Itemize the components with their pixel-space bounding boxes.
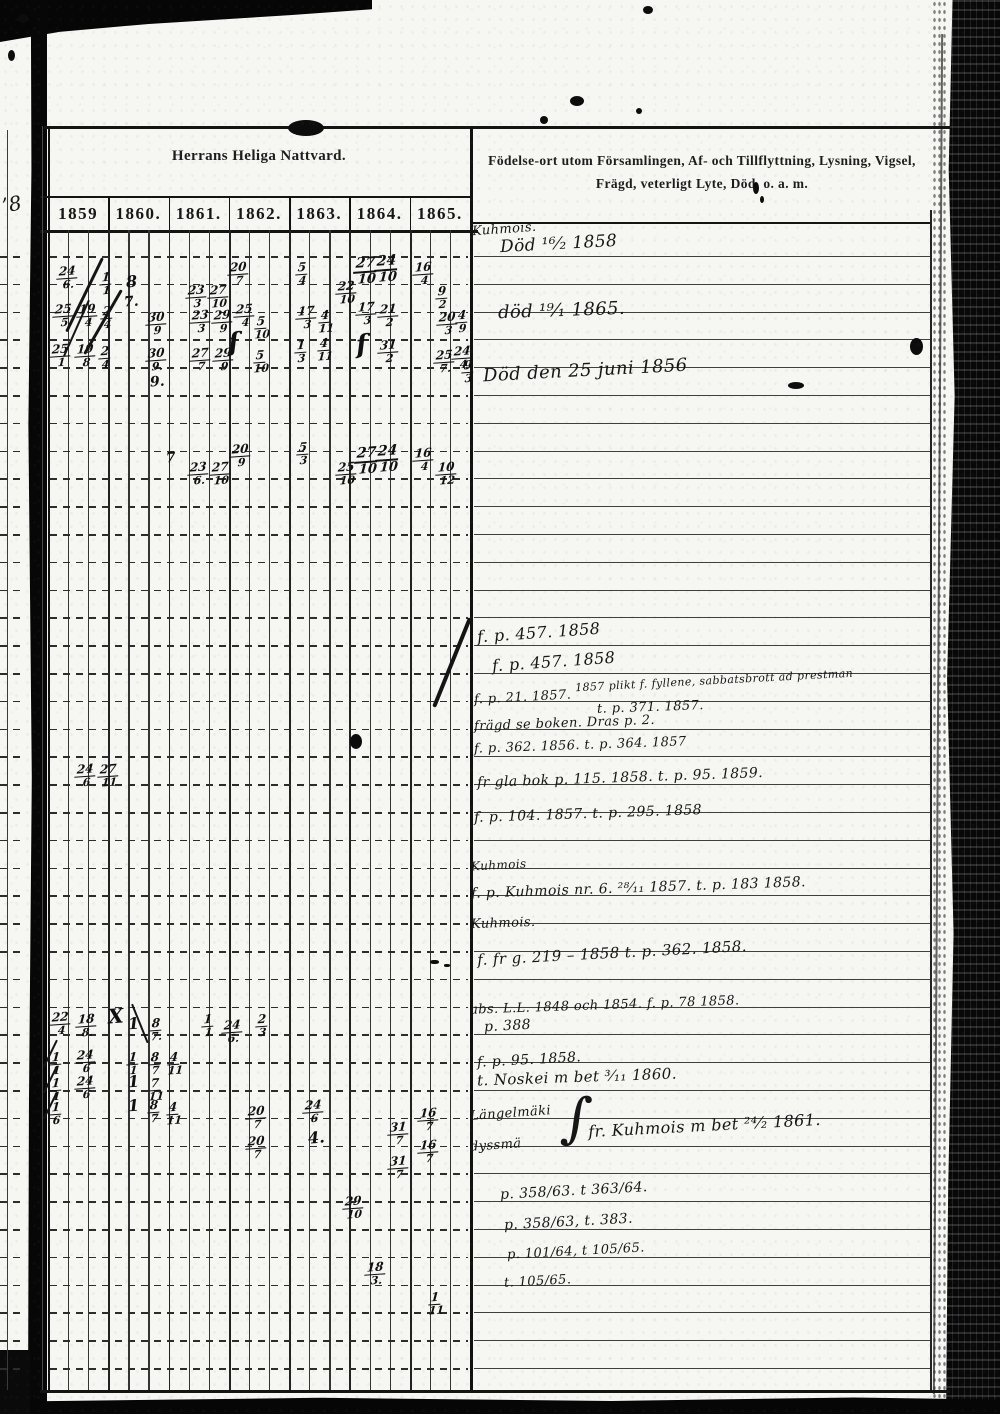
grid-line-v bbox=[148, 230, 149, 1390]
grid-line-h bbox=[0, 951, 26, 953]
grid-line-h bbox=[474, 1090, 930, 1091]
grid-line-h bbox=[474, 562, 930, 563]
grid-line-v bbox=[169, 230, 171, 1390]
ink-blot bbox=[753, 182, 759, 194]
grid-line-h bbox=[50, 423, 468, 425]
book-gutter-shadow bbox=[28, 0, 47, 1414]
scanned-church-record-page: Herrans Heliga Nattvard. Födelse-ort uto… bbox=[0, 0, 1000, 1414]
communion-mark: 411 bbox=[317, 304, 334, 335]
grid-line-h bbox=[50, 673, 468, 675]
communion-mark: 8 bbox=[125, 272, 137, 292]
grid-line-v bbox=[88, 230, 89, 1390]
scan-top-edge-shadow bbox=[0, 0, 372, 42]
margin-note: Död den 25 juni 1856 bbox=[483, 355, 689, 387]
ink-blot bbox=[910, 338, 923, 355]
grid-line-h bbox=[50, 1062, 468, 1064]
grid-line-h bbox=[0, 673, 26, 675]
margin-note: f. p. Kuhmois nr. 6. ²⁸⁄₁₁ 1857. t. p. 1… bbox=[471, 874, 806, 902]
margin-note: f. fr g. 219 – 1858 t. p. 362. 1858. bbox=[477, 937, 748, 969]
grid-line-h bbox=[474, 256, 930, 257]
grid-line-h bbox=[50, 478, 468, 480]
communion-mark: 7 bbox=[165, 450, 176, 467]
grid-line-h bbox=[50, 506, 468, 508]
grid-line-h bbox=[50, 1257, 468, 1259]
margin-note: f. p. 457. 1858 bbox=[476, 619, 600, 647]
grid-line-h bbox=[0, 339, 26, 341]
communion-mark: 7. bbox=[123, 294, 139, 311]
grid-line-h bbox=[0, 812, 26, 814]
grid-line-h bbox=[474, 923, 930, 924]
grid-line-v bbox=[289, 196, 291, 230]
grid-line-h bbox=[0, 256, 26, 258]
grid-line-h bbox=[50, 923, 468, 925]
grid-line-h bbox=[0, 979, 26, 981]
grid-line-h bbox=[50, 1229, 468, 1231]
grid-line-h bbox=[0, 1257, 26, 1259]
communion-mark: 54 bbox=[295, 256, 309, 287]
grid-line-h bbox=[0, 367, 26, 369]
communion-mark: 11 bbox=[201, 1008, 215, 1039]
grid-line-h bbox=[0, 478, 26, 480]
grid-line-h bbox=[0, 1118, 26, 1120]
grid-line-v bbox=[309, 230, 310, 1390]
ink-blot bbox=[350, 734, 362, 749]
grid-line-h bbox=[0, 534, 26, 536]
margin-note: f. p. 362. 1856. t. p. 364. 1857 bbox=[474, 734, 687, 756]
grid-line-h bbox=[50, 617, 468, 619]
grid-line-h bbox=[474, 590, 930, 591]
grid-line-v bbox=[209, 230, 210, 1390]
communion-mark: 277 bbox=[189, 341, 212, 373]
communion-mark: 164 bbox=[412, 441, 435, 473]
grid-line-h bbox=[0, 1007, 26, 1009]
communion-mark: 173 bbox=[295, 299, 318, 331]
grid-line-h bbox=[474, 1034, 930, 1035]
communion-mark: 2711 bbox=[97, 757, 120, 789]
communion-mark: 233 bbox=[189, 303, 212, 335]
grid-line-h bbox=[0, 868, 26, 870]
right-column-header-line2: Frägd, veterligt Lyte, Död, o. a. m. bbox=[476, 173, 928, 196]
grid-line-h bbox=[0, 617, 26, 619]
margin-note: f. p. 21. 1857. bbox=[474, 687, 572, 707]
grid-line-h bbox=[50, 812, 468, 814]
ink-blot bbox=[643, 6, 653, 14]
grid-line-h bbox=[474, 1146, 930, 1147]
grid-line-h bbox=[474, 284, 930, 285]
grid-line-h bbox=[0, 645, 26, 647]
margin-note: t. 105/65. bbox=[504, 1272, 572, 1291]
grid-line-h bbox=[0, 729, 26, 731]
grid-line-h bbox=[474, 868, 930, 869]
communion-mark: 87. bbox=[149, 1012, 163, 1043]
table-rule bbox=[40, 196, 472, 198]
communion-column-header: Herrans Heliga Nattvard. bbox=[48, 148, 470, 165]
margin-note: 1857 plikt f. fyllene, sabbatsbrott ad p… bbox=[575, 667, 854, 695]
communion-mark: X bbox=[107, 1003, 124, 1028]
communion-mark: 2910 bbox=[342, 1189, 365, 1221]
grid-line-h bbox=[474, 478, 930, 479]
grid-line-h bbox=[0, 1090, 26, 1092]
grid-line-v bbox=[349, 196, 351, 230]
margin-note: död ¹⁹⁄₁ 1865. bbox=[498, 298, 626, 323]
ink-stroke bbox=[432, 617, 472, 708]
grid-line-v bbox=[410, 196, 412, 230]
communion-mark: 111 bbox=[427, 1286, 444, 1317]
margin-note: fr. Kuhmois m bet ²⁴⁄₂ 1861. bbox=[588, 1110, 822, 1141]
grid-line-h bbox=[50, 590, 468, 592]
grid-line-h bbox=[474, 534, 930, 535]
grid-line-h bbox=[474, 451, 930, 452]
communion-mark: 309 bbox=[145, 305, 168, 337]
grid-line-h bbox=[0, 1312, 26, 1314]
grid-line-h bbox=[474, 840, 930, 841]
communion-mark: 510 bbox=[252, 344, 269, 375]
grid-line-h bbox=[0, 1368, 26, 1370]
communion-mark: 510 bbox=[253, 310, 270, 341]
margin-note: f. p. 457. 1858 bbox=[491, 648, 615, 676]
grid-line-v bbox=[930, 210, 932, 1390]
grid-line-h bbox=[0, 840, 26, 842]
communion-mark: 49 bbox=[455, 304, 469, 335]
grid-line-h bbox=[0, 1173, 26, 1175]
margin-note: p. 101/64, t 105/65. bbox=[507, 1240, 645, 1262]
grid-line-v bbox=[189, 230, 190, 1390]
grid-line-v bbox=[329, 230, 330, 1390]
grid-line-v bbox=[450, 230, 451, 1390]
communion-mark: 207 bbox=[245, 1099, 268, 1131]
communion-mark: 164 bbox=[412, 255, 435, 287]
grid-line-h bbox=[50, 1368, 468, 1370]
margin-note: abs. L.L. 1848 och 1854. f. p. 78 1858. bbox=[470, 993, 740, 1017]
margin-note: Kuhmois bbox=[471, 857, 527, 874]
communion-mark: 309. bbox=[145, 341, 168, 373]
communion-mark: 167 bbox=[417, 1101, 440, 1133]
grid-line-h bbox=[0, 756, 26, 758]
grid-line-h bbox=[50, 534, 468, 536]
grid-line-h bbox=[474, 339, 930, 340]
grid-line-h bbox=[474, 645, 930, 646]
communion-mark: 411 bbox=[165, 1096, 182, 1127]
grid-line-v bbox=[128, 230, 129, 1390]
grid-line-h bbox=[0, 1229, 26, 1231]
grid-line-h bbox=[0, 701, 26, 703]
grid-line-h bbox=[0, 312, 26, 314]
communion-mark: 9. bbox=[149, 374, 165, 391]
grid-line-v bbox=[108, 230, 110, 1390]
ink-blot bbox=[430, 960, 439, 964]
ink-blot bbox=[18, 14, 28, 23]
grid-line-h bbox=[474, 1312, 930, 1313]
grid-line-h bbox=[50, 979, 468, 981]
communion-mark: 224 bbox=[49, 1005, 72, 1037]
grid-line-h bbox=[0, 1146, 26, 1148]
communion-mark: 312 bbox=[377, 333, 400, 365]
ink-blot bbox=[8, 50, 15, 61]
grid-line-v bbox=[229, 230, 231, 1390]
communion-mark: 93 bbox=[461, 354, 475, 385]
table-rule bbox=[40, 1390, 950, 1393]
grid-line-h bbox=[474, 1368, 930, 1369]
grid-line-h bbox=[50, 645, 468, 647]
ink-blot bbox=[760, 196, 764, 203]
communion-mark: 2710 bbox=[209, 455, 232, 487]
margin-note: ∫ bbox=[559, 1085, 595, 1153]
margin-note: ’8 bbox=[0, 190, 24, 217]
communion-mark: 411 bbox=[166, 1046, 183, 1077]
grid-line-h bbox=[0, 423, 26, 425]
grid-line-h bbox=[474, 979, 930, 980]
grid-line-v bbox=[249, 230, 250, 1390]
grid-line-h bbox=[50, 1285, 468, 1287]
grid-line-h bbox=[0, 895, 26, 897]
grid-line-h bbox=[474, 1201, 930, 1202]
communion-mark: 2410 bbox=[374, 249, 400, 285]
communion-mark: 317 bbox=[387, 1115, 410, 1147]
grid-line-v bbox=[42, 126, 43, 1390]
grid-line-v bbox=[370, 230, 371, 1390]
margin-note: f. p. 104. 1857. t. p. 295. 1858 bbox=[474, 802, 702, 826]
communion-mark: 207 bbox=[245, 1129, 268, 1161]
grid-line-h bbox=[0, 1062, 26, 1064]
communion-mark: 246 bbox=[74, 1069, 97, 1101]
communion-mark: 246 bbox=[74, 757, 97, 789]
grid-line-h bbox=[50, 1201, 468, 1203]
grid-line-v bbox=[169, 196, 171, 230]
ink-blot bbox=[788, 382, 804, 389]
margin-note: fr gla bok p. 115. 1858. t. p. 95. 1859. bbox=[477, 765, 763, 791]
scan-right-edge-shadow bbox=[946, 0, 1000, 1414]
grid-line-h bbox=[50, 895, 468, 897]
grid-line-h bbox=[0, 590, 26, 592]
communion-mark: 13 bbox=[294, 334, 308, 365]
grid-line-h bbox=[50, 1312, 468, 1314]
scan-corner-shadow bbox=[0, 1350, 30, 1414]
ink-blot bbox=[570, 96, 584, 106]
grid-line-h bbox=[474, 1340, 930, 1341]
grid-line-v bbox=[410, 230, 412, 1390]
year-header: 1861. bbox=[169, 198, 229, 230]
communion-mark: 11 bbox=[99, 266, 113, 297]
year-header: 1862. bbox=[229, 198, 289, 230]
communion-mark: 24 bbox=[98, 340, 112, 371]
communion-mark: 173 bbox=[355, 295, 378, 327]
grid-line-h bbox=[0, 1285, 26, 1287]
grid-line-h bbox=[50, 729, 468, 731]
communion-mark: 411 bbox=[316, 332, 333, 363]
grid-line-h bbox=[474, 423, 930, 424]
grid-line-h bbox=[0, 1034, 26, 1036]
grid-line-v bbox=[68, 230, 69, 1390]
grid-line-h bbox=[0, 284, 26, 286]
grid-line-h bbox=[50, 701, 468, 703]
grid-line-h bbox=[474, 506, 930, 507]
grid-line-h bbox=[50, 562, 468, 564]
communion-mark: 167 bbox=[417, 1133, 440, 1165]
year-header: 1859 bbox=[48, 198, 108, 230]
communion-mark: 87 bbox=[147, 1094, 161, 1125]
communion-mark: ſ bbox=[227, 328, 240, 359]
communion-mark: 23 bbox=[255, 1008, 269, 1039]
grid-line-v bbox=[390, 230, 391, 1390]
grid-line-v bbox=[269, 230, 270, 1390]
year-header: 1865. bbox=[410, 198, 470, 230]
communion-mark: 1012 bbox=[435, 455, 458, 487]
communion-mark: 53 bbox=[296, 436, 310, 467]
communion-mark: 2410 bbox=[375, 439, 401, 475]
grid-line-v bbox=[289, 230, 291, 1390]
communion-mark: 212 bbox=[377, 297, 400, 329]
communion-mark: 1 bbox=[127, 1096, 139, 1116]
communion-mark: 183. bbox=[364, 1255, 387, 1287]
communion-mark: ſ bbox=[355, 330, 368, 361]
communion-mark: 207 bbox=[227, 255, 250, 287]
margin-note: Längelmäki bbox=[470, 1103, 552, 1124]
grid-line-h bbox=[50, 451, 468, 453]
grid-line-v bbox=[470, 126, 473, 1390]
grid-line-h bbox=[474, 395, 930, 396]
communion-mark: 246 bbox=[302, 1093, 325, 1125]
table-rule bbox=[470, 222, 932, 224]
margin-note: p. 388 bbox=[484, 1017, 532, 1035]
grid-line-v bbox=[430, 230, 431, 1390]
year-header: 1860. bbox=[108, 198, 168, 230]
margin-note: frägd se boken. Dras p. 2. bbox=[474, 713, 655, 734]
year-header: 1863. bbox=[289, 198, 349, 230]
grid-line-h bbox=[50, 951, 468, 953]
grid-line-h bbox=[50, 840, 468, 842]
communion-mark: 246. bbox=[221, 1013, 244, 1045]
grid-line-h bbox=[474, 1173, 930, 1174]
communion-mark: 236. bbox=[187, 455, 210, 487]
communion-mark: 1 bbox=[127, 1072, 139, 1092]
grid-line-h bbox=[0, 451, 26, 453]
grid-line-h bbox=[0, 506, 26, 508]
grid-line-v bbox=[229, 196, 231, 230]
right-column-header: Födelse-ort utom Församlingen, Af- och T… bbox=[476, 150, 928, 196]
ink-blot bbox=[444, 964, 450, 967]
scan-bottom-edge-shadow bbox=[28, 1396, 1000, 1414]
year-header: 1864. bbox=[349, 198, 409, 230]
grid-line-h bbox=[50, 1090, 468, 1092]
grid-line-h bbox=[0, 1340, 26, 1342]
communion-mark: 246. bbox=[56, 259, 79, 291]
grid-line-h bbox=[50, 256, 468, 258]
table-rule bbox=[40, 230, 478, 233]
grid-line-h bbox=[0, 395, 26, 397]
communion-mark: 188. bbox=[75, 1007, 98, 1039]
communion-mark: 317 bbox=[387, 1149, 410, 1181]
right-column-header-line1: Födelse-ort utom Församlingen, Af- och T… bbox=[476, 150, 928, 173]
ink-blot bbox=[288, 120, 324, 136]
grid-line-h bbox=[50, 1340, 468, 1342]
grid-line-h bbox=[0, 784, 26, 786]
grid-line-h bbox=[50, 395, 468, 397]
ink-blot bbox=[540, 116, 548, 124]
grid-line-h bbox=[0, 923, 26, 925]
grid-line-v bbox=[108, 196, 110, 230]
grid-line-h bbox=[50, 868, 468, 870]
grid-line-h bbox=[474, 756, 930, 757]
grid-line-h bbox=[0, 562, 26, 564]
table-rule bbox=[44, 126, 950, 129]
grid-line-v bbox=[48, 196, 50, 230]
margin-note: p. 358/63. t 363/64. bbox=[500, 1179, 648, 1203]
ink-blot bbox=[636, 108, 642, 114]
margin-note: dyssmä bbox=[470, 1136, 522, 1155]
margin-note: Kuhmois. bbox=[471, 915, 536, 932]
grid-line-h bbox=[474, 617, 930, 618]
communion-mark: 4. bbox=[307, 1127, 325, 1147]
grid-line-h bbox=[0, 1201, 26, 1203]
communion-mark: 209 bbox=[229, 437, 252, 469]
